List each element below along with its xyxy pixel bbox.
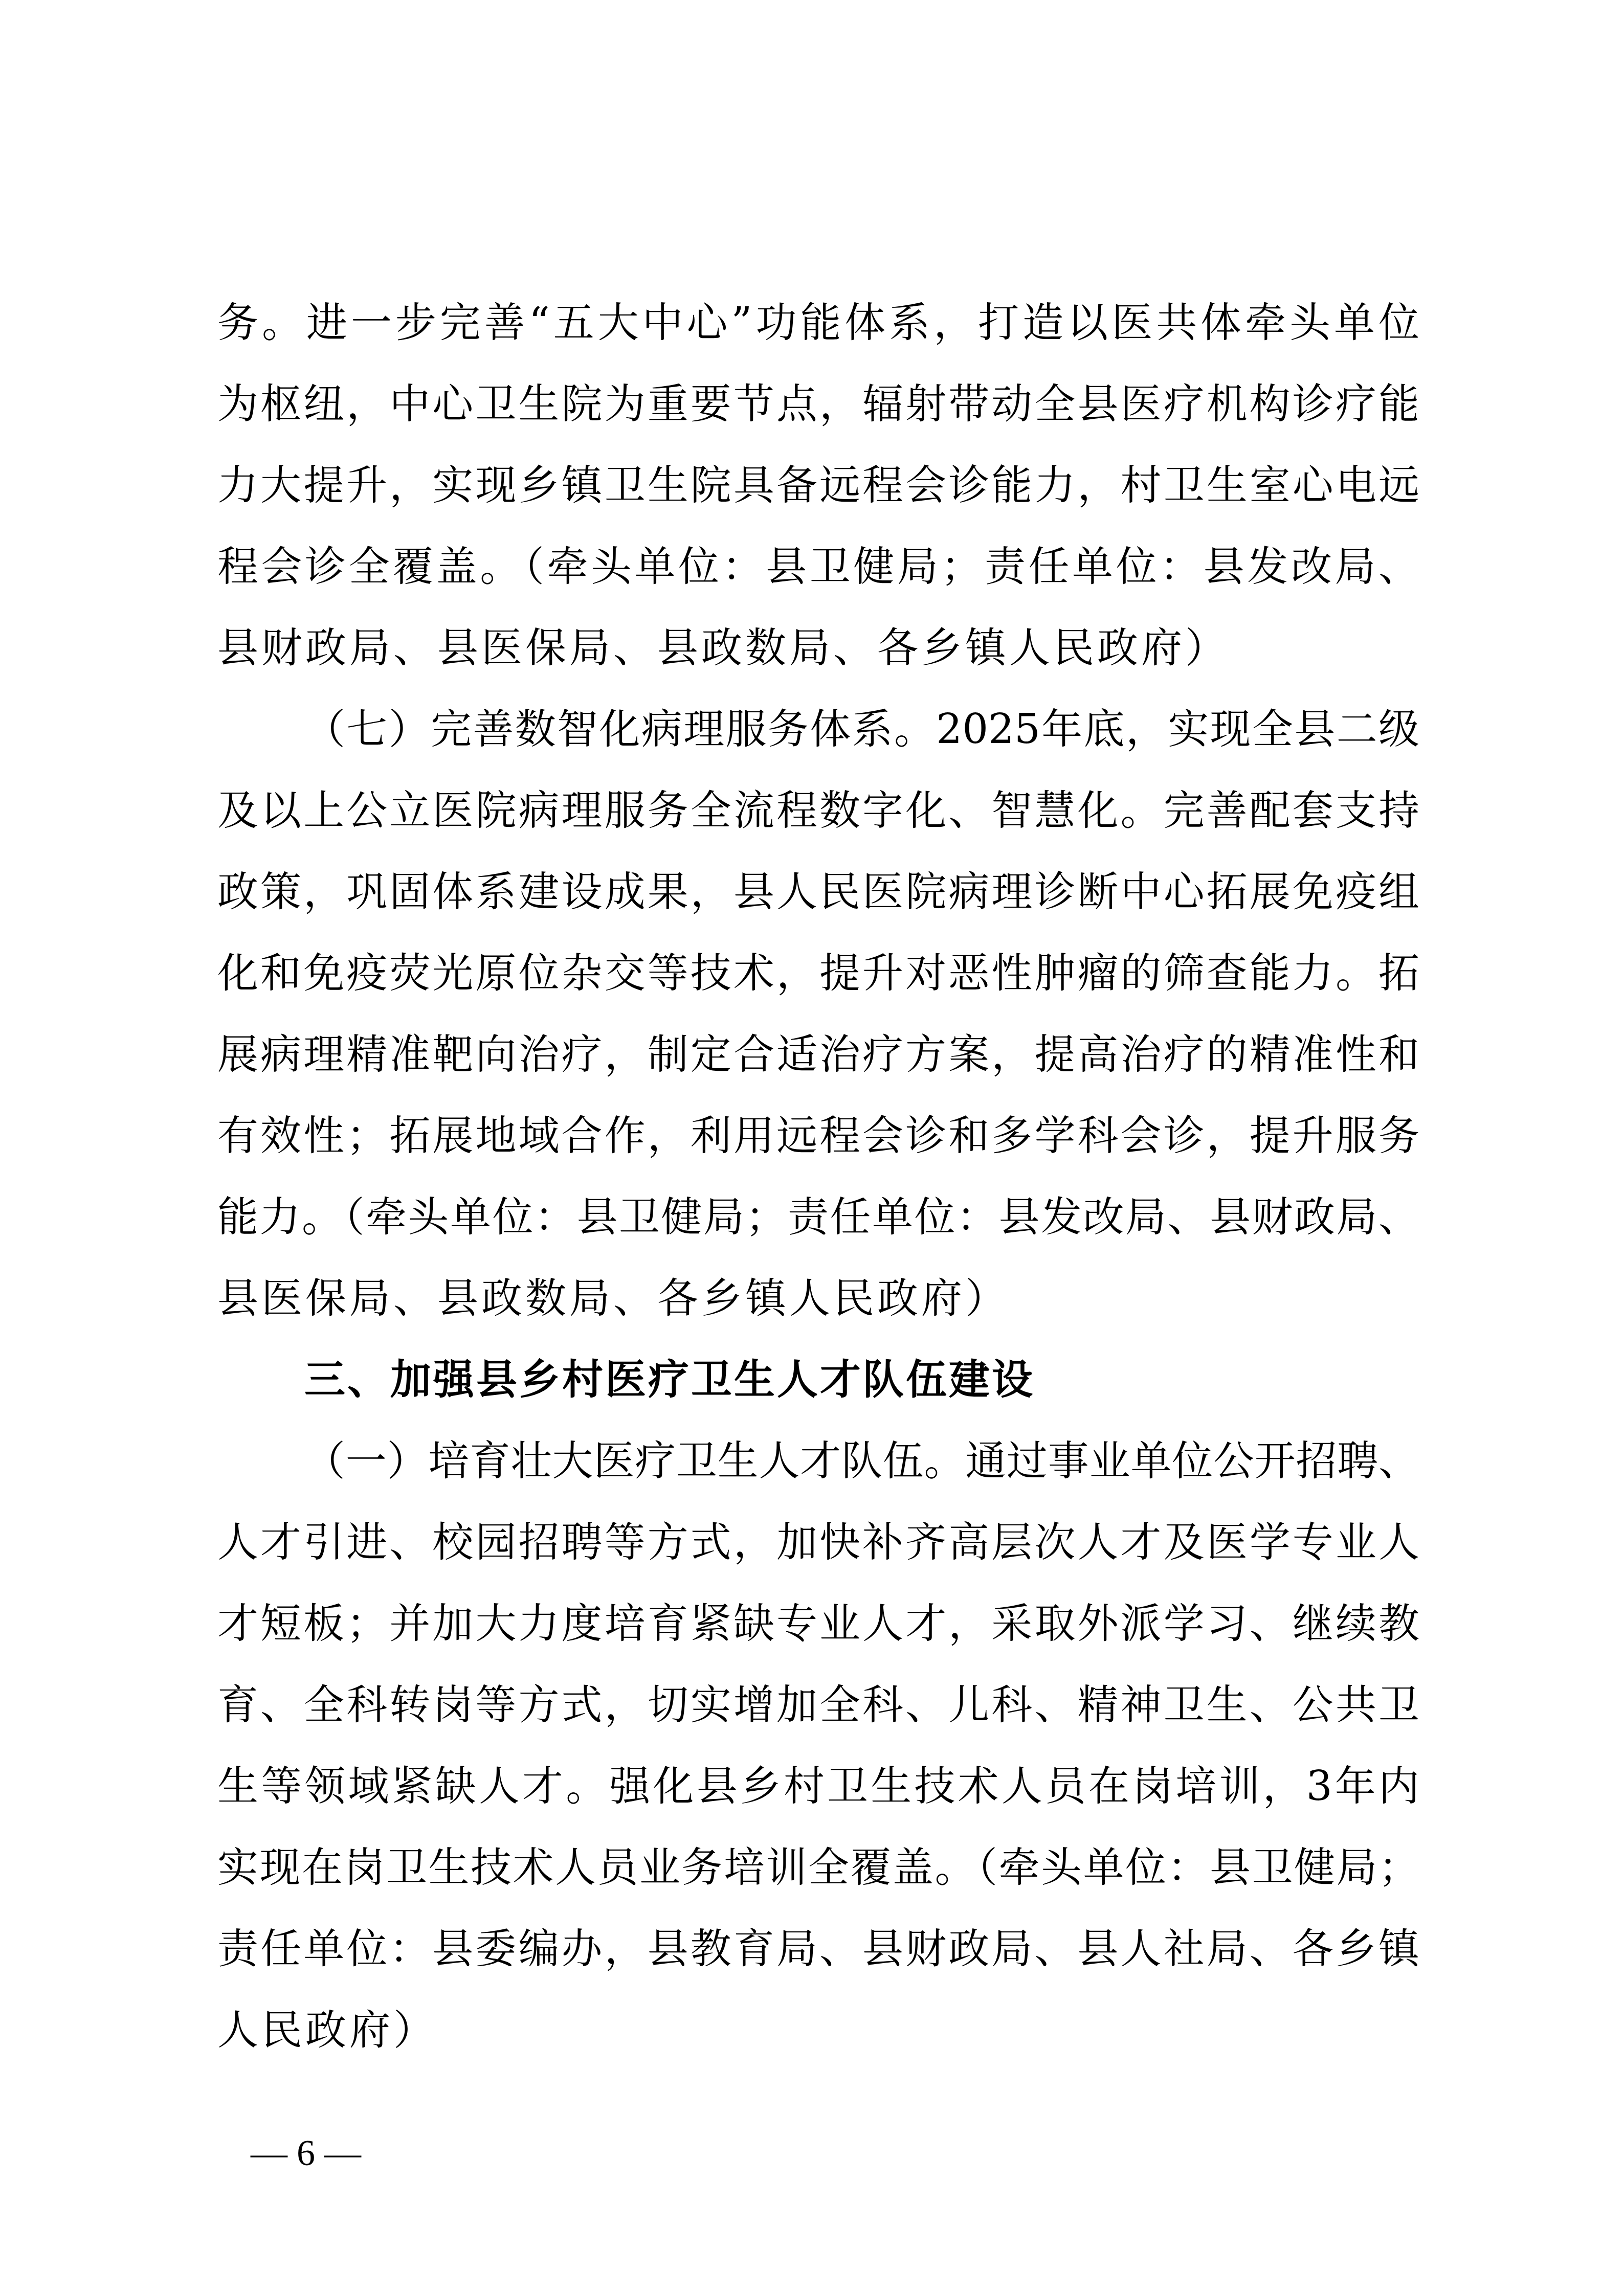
text-line: 责任单位：县委编办，县教育局、县财政局、县人社局、各乡镇 [217,1922,1419,2003]
text-line: 及以上公立医院病理服务全流程数字化、智慧化。完善配套支持 [217,783,1419,865]
document-body: 务。进一步完善“五大中心”功能体系，打造以医共体牵头单位 为枢纽，中心卫生院为重… [217,296,1419,2084]
text-line-first: （一）培育壮大医疗卫生人才队伍。通过事业单位公开招聘、 [217,1434,1419,1515]
paragraph-one: （一）培育壮大医疗卫生人才队伍。通过事业单位公开招聘、 人才引进、校园招聘等方式… [217,1434,1419,2084]
text-line-first: （七）完善数智化病理服务体系。2025年底，实现全县二级 [217,702,1419,783]
text-line: 人才引进、校园招聘等方式，加快补齐高层次人才及医学专业人 [217,1515,1419,1596]
text-line: 生等领域紧缺人才。强化县乡村卫生技术人员在岗培训，3年内 [217,1759,1419,1840]
section-heading: 三、加强县乡村医疗卫生人才队伍建设 [217,1353,1419,1434]
text-line: 人民政府） [217,2003,1419,2084]
subsection-title: （一）培育壮大医疗卫生人才队伍。 [304,1437,965,1484]
paragraph-continued: 务。进一步完善“五大中心”功能体系，打造以医共体牵头单位 为枢纽，中心卫生院为重… [217,296,1419,702]
subsection-title: （七）完善数智化病理服务体系。 [304,705,936,753]
text-line: 展病理精准靶向治疗，制定合适治疗方案，提高治疗的精准性和 [217,1027,1419,1109]
text-line: 化和免疫荧光原位杂交等技术，提升对恶性肿瘤的筛查能力。拓 [217,946,1419,1027]
text-line: 有效性；拓展地域合作，利用远程会诊和多学科会诊，提升服务 [217,1109,1419,1190]
text-line: 务。进一步完善“五大中心”功能体系，打造以医共体牵头单位 [217,296,1419,377]
text-line: 力大提升，实现乡镇卫生院具备远程会诊能力，村卫生室心电远 [217,458,1419,539]
text-line: 县医保局、县政数局、各乡镇人民政府） [217,1271,1419,1353]
text-line: 能力。（牵头单位：县卫健局；责任单位：县发改局、县财政局、 [217,1190,1419,1271]
paragraph-seven: （七）完善数智化病理服务体系。2025年底，实现全县二级 及以上公立医院病理服务… [217,702,1419,1353]
text-line: 育、全科转岗等方式，切实增加全科、儿科、精神卫生、公共卫 [217,1678,1419,1759]
text-fragment: 通过事业单位公开招聘、 [965,1437,1419,1484]
document-page: 务。进一步完善“五大中心”功能体系，打造以医共体牵头单位 为枢纽，中心卫生院为重… [0,0,1624,2296]
text-line: 县财政局、县医保局、县政数局、各乡镇人民政府） [217,621,1419,702]
text-line: 才短板；并加大力度培育紧缺专业人才，采取外派学习、继续教 [217,1596,1419,1678]
text-fragment: 2025年底，实现全县二级 [936,705,1419,753]
text-line: 程会诊全覆盖。（牵头单位：县卫健局；责任单位：县发改局、 [217,539,1419,621]
text-line: 实现在岗卫生技术人员业务培训全覆盖。（牵头单位：县卫健局； [217,1840,1419,1922]
page-number: — 6 — [251,2127,361,2178]
text-line: 为枢纽，中心卫生院为重要节点，辐射带动全县医疗机构诊疗能 [217,377,1419,458]
text-line: 政策，巩固体系建设成果，县人民医院病理诊断中心拓展免疫组 [217,865,1419,946]
